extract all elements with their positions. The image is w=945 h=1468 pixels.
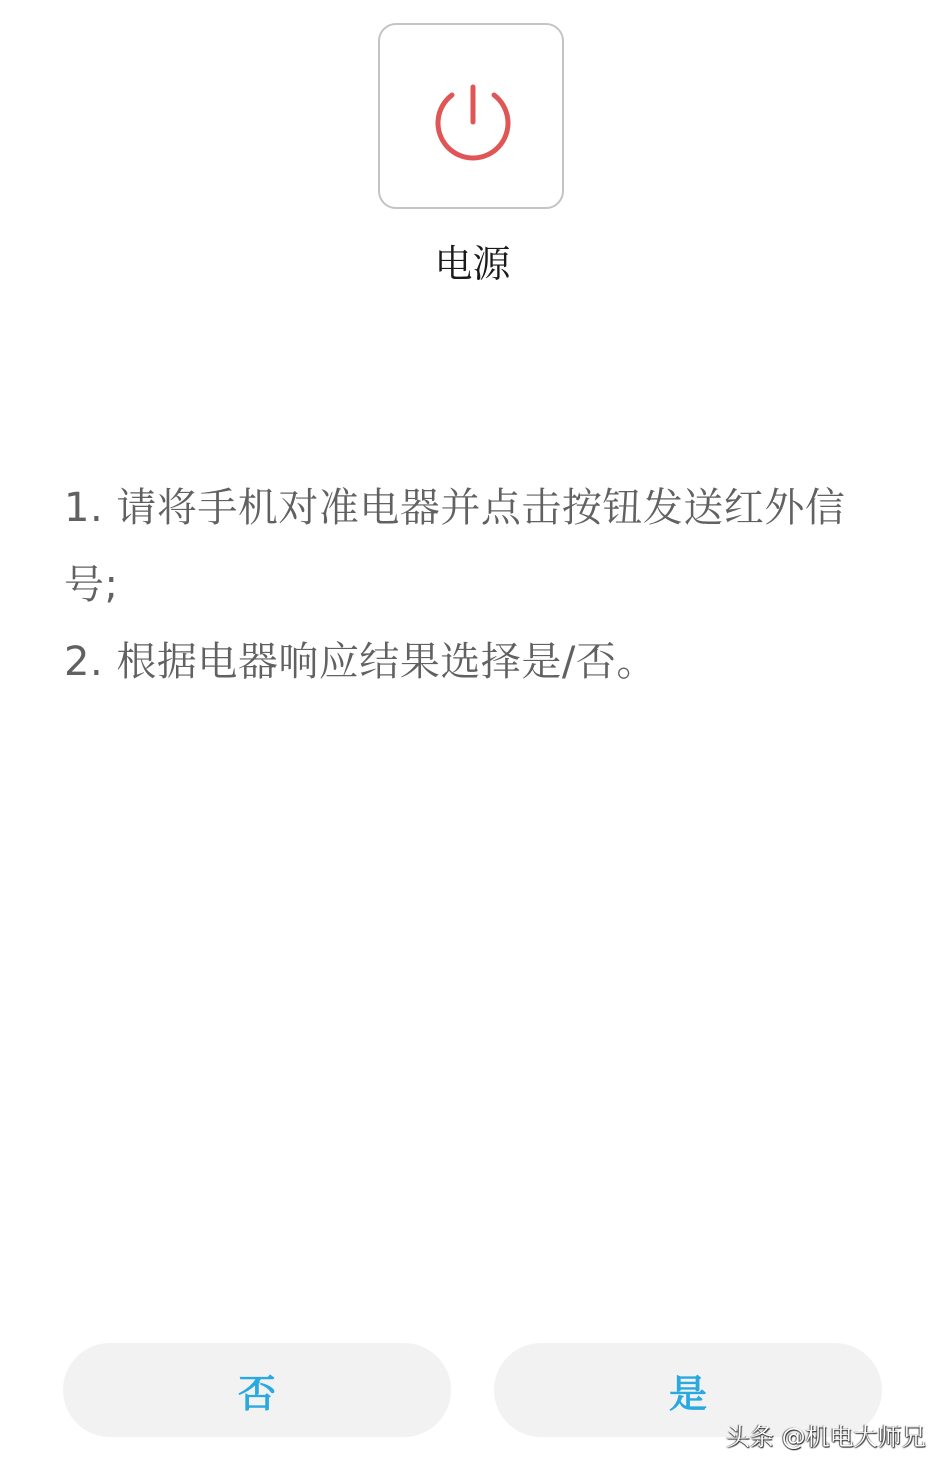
device-key-name: 电源 bbox=[0, 236, 945, 292]
instruction-step-1-cont: 号; bbox=[64, 547, 884, 624]
no-button[interactable]: 否 bbox=[63, 1343, 451, 1437]
instruction-step-2: 2. 根据电器响应结果选择是/否。 bbox=[64, 624, 884, 701]
power-key-card[interactable] bbox=[378, 23, 564, 209]
power-icon bbox=[380, 25, 566, 211]
instructions: 1. 请将手机对准电器并点击按钮发送红外信 号; 2. 根据电器响应结果选择是/… bbox=[64, 470, 884, 701]
instruction-step-1: 1. 请将手机对准电器并点击按钮发送红外信 bbox=[64, 470, 884, 547]
watermark: 头条 @机电大师兄 bbox=[726, 1417, 926, 1452]
